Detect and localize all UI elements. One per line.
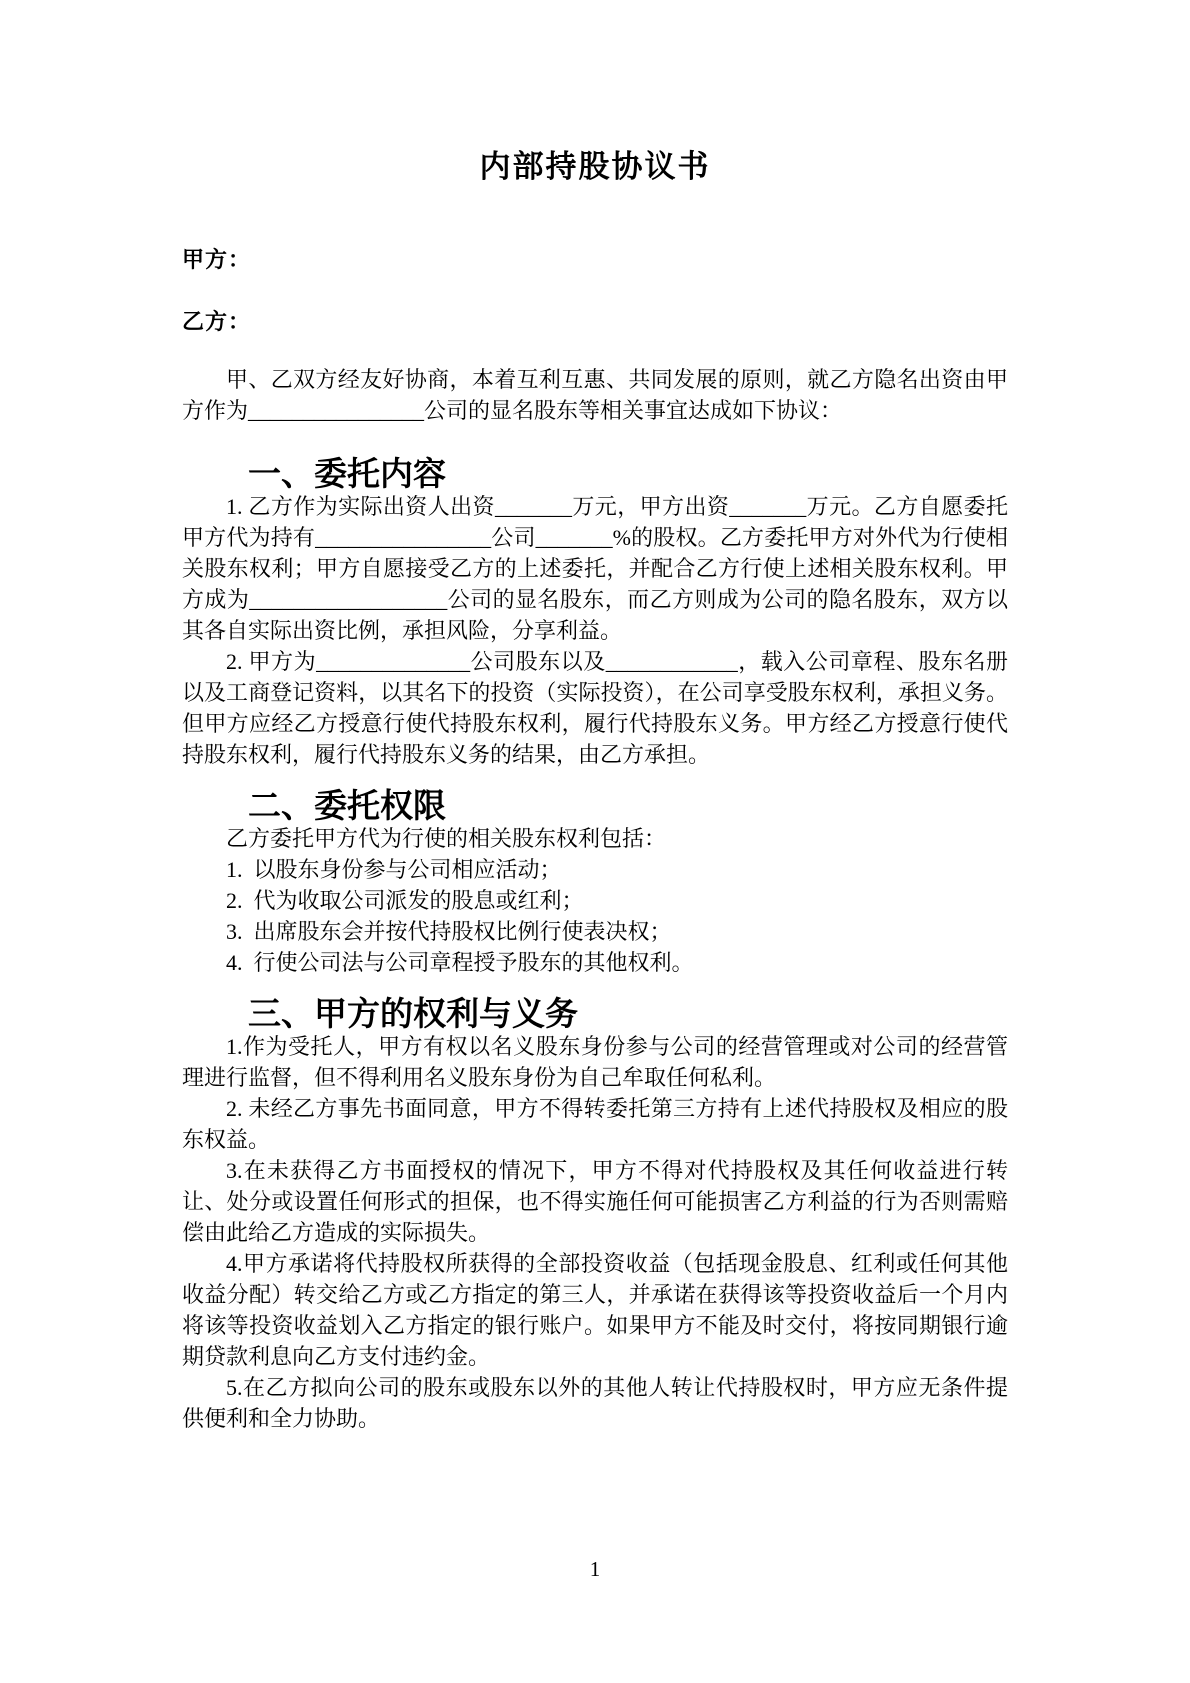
section-3-paragraph-2: 2. 未经乙方事先书面同意，甲方不得转委托第三方持有上述代持股权及相应的股东权益…: [182, 1093, 1008, 1155]
section-1-paragraph-2: 2. 甲方为______________公司股东以及____________，载…: [182, 646, 1008, 770]
party-a-label: 甲方：: [182, 244, 1008, 275]
section-2-list-item-2: 2. 代为收取公司派发的股息或红利；: [182, 885, 1008, 916]
section-2-list-item-4: 4. 行使公司法与公司章程授予股东的其他权利。: [182, 947, 1008, 978]
section-2-heading: 二、委托权限: [182, 792, 1008, 823]
section-entrust-content: 一、委托内容 1. 乙方作为实际出资人出资_______万元，甲方出资_____…: [182, 460, 1008, 770]
section-3-paragraph-1: 1.作为受托人，甲方有权以名义股东身份参与公司的经营管理或对公司的经营管理进行监…: [182, 1031, 1008, 1093]
page-number: 1: [0, 1554, 1190, 1585]
document-title: 内部持股协议书: [182, 0, 1008, 188]
party-b-label: 乙方：: [182, 306, 1008, 337]
section-3-heading: 三、甲方的权利与义务: [182, 1000, 1008, 1031]
section-3-paragraph-5: 5.在乙方拟向公司的股东或股东以外的其他人转让代持股权时，甲方应无条件提供便利和…: [182, 1372, 1008, 1434]
section-party-a-rights: 三、甲方的权利与义务 1.作为受托人，甲方有权以名义股东身份参与公司的经营管理或…: [182, 1000, 1008, 1434]
section-3-paragraph-4: 4.甲方承诺将代持股权所获得的全部投资收益（包括现金股息、红利或任何其他收益分配…: [182, 1248, 1008, 1372]
section-2-list-item-1: 1. 以股东身份参与公司相应活动；: [182, 854, 1008, 885]
parties-block: 甲方： 乙方：: [182, 244, 1008, 337]
section-2-lead: 乙方委托甲方代为行使的相关股东权利包括：: [182, 823, 1008, 854]
section-entrust-scope: 二、委托权限 乙方委托甲方代为行使的相关股东权利包括： 1. 以股东身份参与公司…: [182, 792, 1008, 978]
section-2-list-item-3: 3. 出席股东会并按代持股权比例行使表决权；: [182, 916, 1008, 947]
section-3-paragraph-3: 3.在未获得乙方书面授权的情况下，甲方不得对代持股权及其任何收益进行转让、处分或…: [182, 1155, 1008, 1248]
intro-paragraph: 甲、乙双方经友好协商，本着互利互惠、共同发展的原则，就乙方隐名出资由甲方作为__…: [182, 364, 1008, 426]
section-1-heading: 一、委托内容: [182, 460, 1008, 491]
document-page: 内部持股协议书 甲方： 乙方： 甲、乙双方经友好协商，本着互利互惠、共同发展的原…: [0, 0, 1190, 1683]
section-1-paragraph-1: 1. 乙方作为实际出资人出资_______万元，甲方出资_______万元。乙方…: [182, 491, 1008, 646]
